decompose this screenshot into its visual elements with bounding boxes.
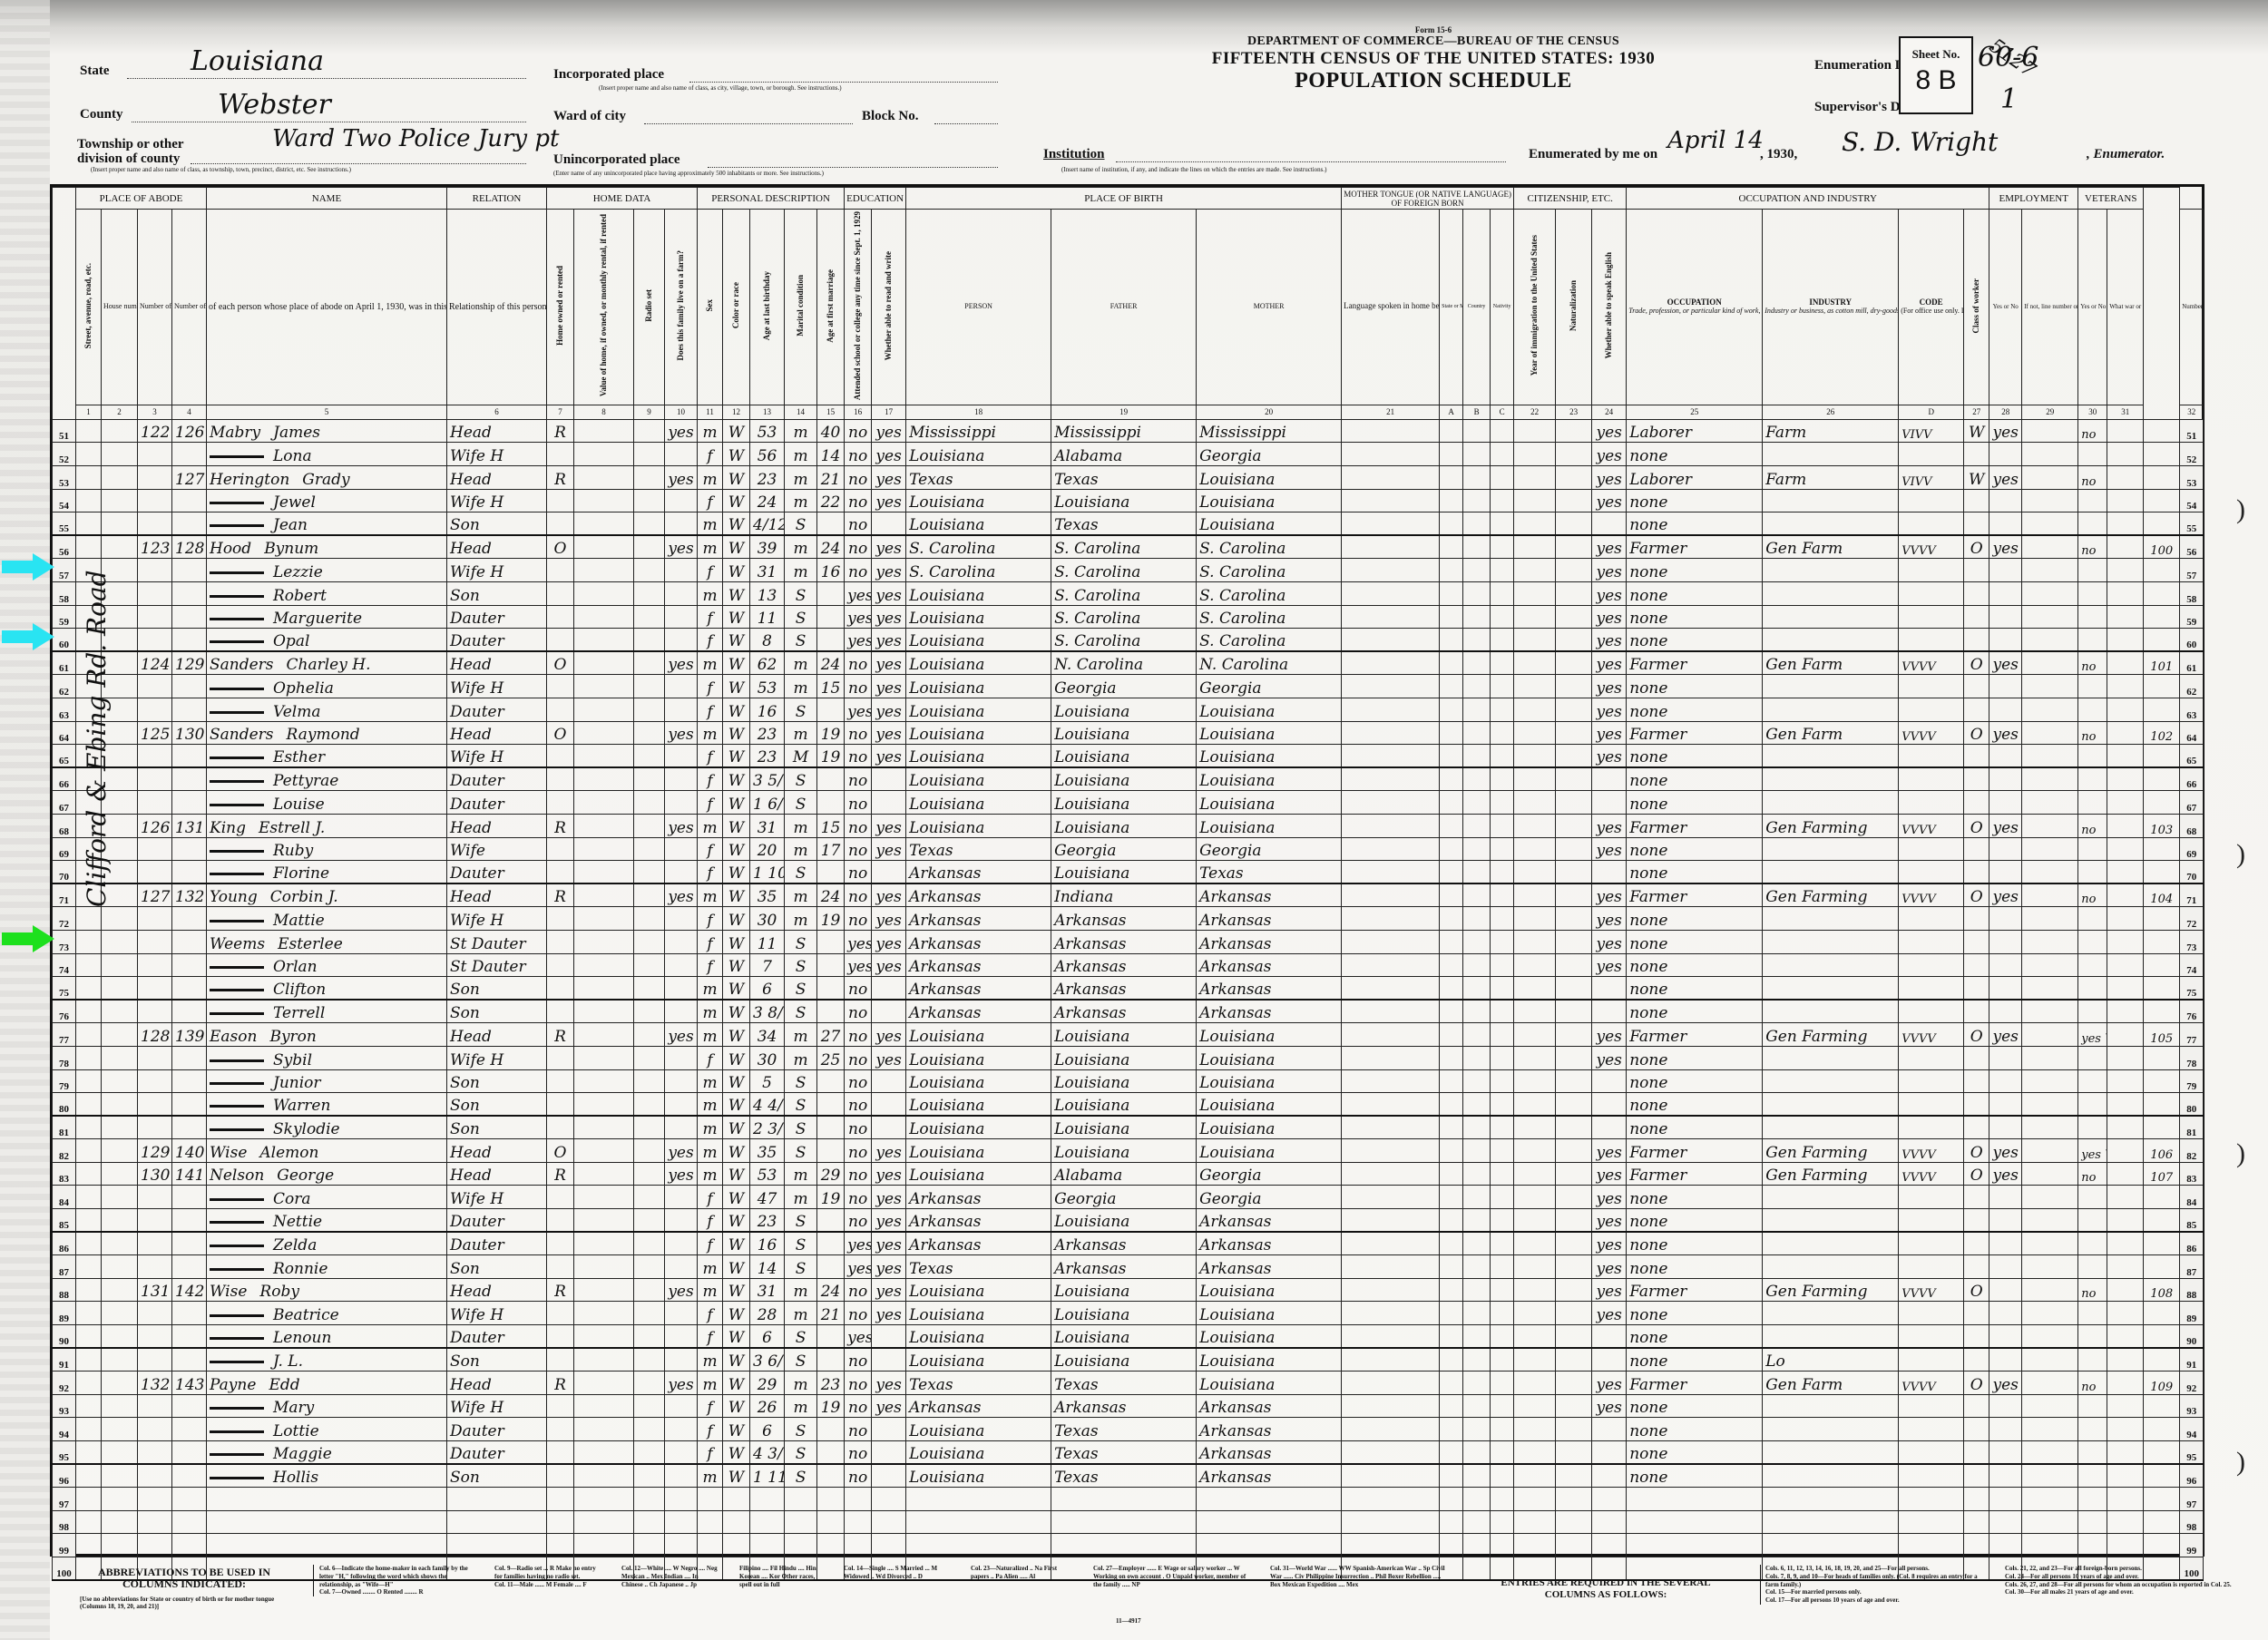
cell-school: yes (845, 629, 872, 652)
cell-age-marr (817, 629, 845, 652)
cell-work: yes (1989, 651, 2022, 675)
cell-immigration (1514, 1394, 1556, 1418)
cell-unemployment (2022, 419, 2078, 443)
line-number: 68 (53, 814, 76, 837)
col27-note: Col. 27—Employer ...... E Wage or salary… (1093, 1565, 1247, 1588)
cell-code-b (1463, 1325, 1491, 1349)
cell-birth: Louisiana (906, 1302, 1051, 1325)
cell-unemployment (2022, 582, 2078, 606)
right-line-number: 75 (2180, 977, 2204, 1001)
cell-class (1964, 1302, 1989, 1325)
group-place-of-birth: PLACE OF BIRTH (906, 188, 1342, 210)
cell-immigration (1514, 419, 1556, 443)
cell-mother: Louisiana (1197, 745, 1342, 768)
cell-school: no (845, 1139, 872, 1163)
cell-unemployment (2022, 1464, 2078, 1488)
cell-work (1989, 1464, 2022, 1488)
cell-school: yes (845, 953, 872, 977)
col12-note: Col. 12—White .... W Negro .... Neg Mexi… (621, 1565, 721, 1588)
cell-code-a (1440, 1255, 1463, 1279)
cell-mother: Louisiana (1197, 1023, 1342, 1047)
cell-war (2107, 814, 2144, 837)
cell-code-a (1440, 675, 1463, 698)
cell-dwelling (138, 791, 172, 815)
cell-school (845, 1510, 872, 1534)
cell-immigration (1514, 1116, 1556, 1139)
cell-code-a (1440, 1488, 1463, 1511)
cell-naturalization (1556, 1000, 1592, 1023)
cell-school: yes (845, 698, 872, 722)
col-2-header: House number (in cities or towns) (102, 210, 138, 405)
cell-sex (698, 1534, 723, 1557)
cell-language (1342, 1046, 1440, 1069)
cell-value (574, 1162, 634, 1186)
col9-note: Col. 9—Radio set ... R Make no entry for… (494, 1565, 603, 1581)
cell-work: yes (1989, 1372, 2022, 1395)
cell-code-a (1440, 1348, 1463, 1372)
cell-occupation: none (1627, 791, 1763, 815)
cell-dwelling: 123 (138, 535, 172, 559)
cell-code-c (1491, 1232, 1514, 1255)
surname: Nelson (210, 1167, 264, 1185)
cell-school: no (845, 419, 872, 443)
given-name: James (273, 424, 320, 442)
cell-unemployment (2022, 1139, 2078, 1163)
column-number: 9 (634, 405, 665, 419)
cell-code-c (1491, 582, 1514, 606)
institution-note: (Insert name of institution, if any, and… (1061, 166, 1327, 173)
req-6: Col. 24—For all persons 10 years of age … (2005, 1573, 2232, 1581)
cell-read (872, 1348, 906, 1372)
cell-farm-sched (2144, 698, 2180, 722)
cell-code (1899, 1348, 1964, 1372)
col-20-header: MOTHER (1197, 210, 1342, 405)
cell-read: yes (872, 466, 906, 490)
cell-value (574, 605, 634, 629)
cell-value (574, 1278, 634, 1302)
cell-language (1342, 466, 1440, 490)
cell-code (1899, 745, 1964, 768)
surname: Eason (210, 1028, 257, 1046)
cell-code-a (1440, 1278, 1463, 1302)
cell-farm (665, 1116, 698, 1139)
cell-sex: m (698, 1139, 723, 1163)
cell-work (1989, 489, 2022, 512)
entries-required-title: ENTRIES ARE REQUIRED IN THE SEVERAL COLU… (1479, 1577, 1733, 1600)
cell-value (574, 1232, 634, 1255)
cell-read: yes (872, 1046, 906, 1069)
cell-farm (665, 629, 698, 652)
cell-code-b (1463, 767, 1491, 791)
cell-school: no (845, 837, 872, 861)
cell-marital: S (785, 582, 817, 606)
cell-code-b (1463, 1418, 1491, 1441)
cell-immigration (1514, 1488, 1556, 1511)
cell-industry (1763, 1116, 1899, 1139)
census-row: 89BeatriceWife HfW28m21noyesLouisianaLou… (53, 1302, 2204, 1325)
cell-industry (1763, 791, 1899, 815)
ditto-dash (210, 1453, 264, 1456)
cell-unemployment (2022, 535, 2078, 559)
cell-unemployment (2022, 1418, 2078, 1441)
cell-language (1342, 1510, 1440, 1534)
cell-mother (1197, 1534, 1342, 1557)
cell-family (172, 629, 207, 652)
cell-age-marr (817, 1348, 845, 1372)
cell-age: 11 (750, 930, 785, 953)
cell-marital: m (785, 837, 817, 861)
cell-class (1964, 907, 1989, 931)
cell-english: yes (1592, 535, 1627, 559)
cell-read: yes (872, 907, 906, 931)
cell-owned (547, 1488, 574, 1511)
cell-age: 34 (750, 1023, 785, 1047)
right-line-number: 54 (2180, 489, 2204, 512)
cell-industry (1763, 1418, 1899, 1441)
cell-owned (547, 675, 574, 698)
cell-age-marr (817, 1488, 845, 1511)
cell-father: Arkansas (1051, 977, 1197, 1001)
cell-name: WiseAlemon (207, 1139, 447, 1163)
cell-code-a (1440, 1302, 1463, 1325)
column-number: 19 (1051, 405, 1197, 419)
column-number: 10 (665, 405, 698, 419)
cell-farm-sched (2144, 1186, 2180, 1209)
cell-code (1899, 907, 1964, 931)
cell-class (1964, 605, 1989, 629)
cell-name: Mattie (207, 907, 447, 931)
cell-code-a (1440, 1418, 1463, 1441)
cell-age: 4/12 (750, 512, 785, 536)
line-number: 79 (53, 1069, 76, 1093)
surname: Sanders (210, 656, 274, 674)
cell-farm-sched: 109 (2144, 1372, 2180, 1395)
cell-class (1964, 1534, 1989, 1557)
cell-industry (1763, 1325, 1899, 1349)
cell-sex: m (698, 1348, 723, 1372)
cell-work (1989, 1093, 2022, 1117)
cell-code (1899, 675, 1964, 698)
cell-radio (634, 582, 665, 606)
cell-unemployment (2022, 1302, 2078, 1325)
cell-english: yes (1592, 953, 1627, 977)
cell-read (872, 861, 906, 884)
right-line-number: 67 (2180, 791, 2204, 815)
cell-father: Arkansas (1051, 1255, 1197, 1279)
cell-war (2107, 1418, 2144, 1441)
cell-english: yes (1592, 1372, 1627, 1395)
cell-house (102, 953, 138, 977)
cell-occupation: none (1627, 698, 1763, 722)
cell-dwelling (138, 1000, 172, 1023)
cell-industry (1763, 930, 1899, 953)
schedule-title: POPULATION SCHEDULE (1125, 69, 1742, 93)
cell-farm-sched: 106 (2144, 1139, 2180, 1163)
column-number: 22 (1514, 405, 1556, 419)
cell-sex: f (698, 767, 723, 791)
ditto-dash (210, 502, 264, 504)
cell-age-marr (817, 1255, 845, 1279)
ditto-dash (210, 640, 264, 643)
right-line-number: 56 (2180, 535, 2204, 559)
cell-father: Louisiana (1051, 489, 1197, 512)
cell-value (574, 1348, 634, 1372)
census-row: 78SybilWife HfW30m25noyesLouisianaLouisi… (53, 1046, 2204, 1069)
cell-radio (634, 1162, 665, 1186)
cell-code-b (1463, 1255, 1491, 1279)
cell-mother: Louisiana (1197, 1325, 1342, 1349)
cell-read: yes (872, 883, 906, 907)
cell-language (1342, 814, 1440, 837)
given-name: Opal (273, 632, 309, 650)
surname: Hood (210, 540, 251, 558)
cell-age-marr: 15 (817, 675, 845, 698)
right-line-number: 55 (2180, 512, 2204, 536)
cell-marital: S (785, 930, 817, 953)
cell-race (723, 1510, 750, 1534)
cell-immigration (1514, 883, 1556, 907)
cell-school: no (845, 1278, 872, 1302)
cell-age: 31 (750, 814, 785, 837)
cell-language (1342, 582, 1440, 606)
cell-name: Lezzie (207, 559, 447, 582)
cell-house (102, 1116, 138, 1139)
col-1-header: Street, avenue, road, etc. (76, 210, 102, 405)
cell-age-marr (817, 1418, 845, 1441)
cell-birth: Louisiana (906, 582, 1051, 606)
cell-immigration (1514, 907, 1556, 931)
cell-code-b (1463, 489, 1491, 512)
cell-industry (1763, 512, 1899, 536)
cell-immigration (1514, 977, 1556, 1001)
cell-race: W (723, 1394, 750, 1418)
cell-work (1989, 1325, 2022, 1349)
cell-vet (2078, 745, 2107, 768)
surname: Weems (210, 935, 265, 953)
col31-note: Col. 31—World War ...... WW Spanish-Amer… (1270, 1565, 1452, 1588)
ditto-dash (210, 1128, 264, 1131)
cell-race: W (723, 1464, 750, 1488)
cell-code-c (1491, 1186, 1514, 1209)
group-education: EDUCATION (845, 188, 906, 210)
req-3: Col. 15—For married persons only. (1765, 1588, 1987, 1596)
cell-age-marr (817, 977, 845, 1001)
cell-war (2107, 837, 2144, 861)
cell-value (574, 466, 634, 490)
sheet-label: Sheet No. (1901, 47, 1971, 62)
cell-father: Louisiana (1051, 1069, 1197, 1093)
cell-relation: Head (447, 1372, 547, 1395)
cell-language (1342, 1162, 1440, 1186)
township-line (191, 163, 526, 164)
cell-class (1964, 582, 1989, 606)
surname: Sanders (210, 726, 274, 744)
side-mark-1: ) (2236, 494, 2245, 525)
cell-sex: f (698, 953, 723, 977)
cell-code-c (1491, 930, 1514, 953)
cell-school: no (845, 721, 872, 745)
cell-dwelling (138, 1534, 172, 1557)
cell-industry: Gen Farming (1763, 814, 1899, 837)
highlight-arrow-icon (2, 623, 54, 650)
cell-value (574, 953, 634, 977)
cell-naturalization (1556, 1116, 1592, 1139)
cell-age: 26 (750, 1394, 785, 1418)
line-number-header (53, 188, 76, 420)
cell-unemployment (2022, 1441, 2078, 1465)
cell-unemployment (2022, 629, 2078, 652)
cell-farm-sched (2144, 466, 2180, 490)
cell-occupation: none (1627, 605, 1763, 629)
cell-occupation: none (1627, 861, 1763, 884)
cell-code-c (1491, 651, 1514, 675)
cell-immigration (1514, 559, 1556, 582)
cell-class (1964, 559, 1989, 582)
cell-farm: yes (665, 651, 698, 675)
cell-read: yes (872, 814, 906, 837)
cell-age-marr: 19 (817, 721, 845, 745)
cell-race: W (723, 1116, 750, 1139)
cell-unemployment (2022, 466, 2078, 490)
group-employment: EMPLOYMENT (1989, 188, 2078, 210)
cell-immigration (1514, 1302, 1556, 1325)
cell-sex: m (698, 1278, 723, 1302)
cell-class (1964, 489, 1989, 512)
cell-radio (634, 535, 665, 559)
cell-school: no (845, 512, 872, 536)
cell-code-c (1491, 814, 1514, 837)
cell-value (574, 977, 634, 1001)
cell-age-marr: 24 (817, 1278, 845, 1302)
county-label: County (80, 107, 123, 122)
cell-relation: Head (447, 814, 547, 837)
cell-name: Esther (207, 745, 447, 768)
line-number: 83 (53, 1162, 76, 1186)
right-line-number: 87 (2180, 1255, 2204, 1279)
cell-language (1342, 1372, 1440, 1395)
cell-immigration (1514, 1023, 1556, 1047)
cell-read: yes (872, 1232, 906, 1255)
cell-immigration (1514, 1348, 1556, 1372)
cell-age: 3 5/12 (750, 767, 785, 791)
cell-war (2107, 489, 2144, 512)
cell-house (102, 1464, 138, 1488)
incorporated-field: Incorporated place (553, 67, 664, 83)
cell-code-b (1463, 629, 1491, 652)
cell-radio (634, 1534, 665, 1557)
cell-language (1342, 1534, 1440, 1557)
cell-unemployment (2022, 721, 2078, 745)
cell-mother: Louisiana (1197, 1093, 1342, 1117)
col-21-header: Language spoken in home before coming to… (1342, 210, 1440, 405)
cell-immigration (1514, 1325, 1556, 1349)
cell-code (1899, 1186, 1964, 1209)
given-name: Robert (273, 587, 327, 605)
column-number: 26 (1763, 405, 1899, 419)
cell-age-marr: 17 (817, 837, 845, 861)
cell-age-marr (817, 1116, 845, 1139)
cell-relation: Head (447, 419, 547, 443)
cell-immigration (1514, 605, 1556, 629)
cell-war (2107, 1139, 2144, 1163)
cell-value (574, 907, 634, 931)
cell-race: W (723, 814, 750, 837)
cell-naturalization (1556, 1186, 1592, 1209)
cell-vet (2078, 1441, 2107, 1465)
given-name: Bynum (264, 540, 318, 558)
cell-birth (906, 1534, 1051, 1557)
cell-industry: Gen Farming (1763, 883, 1899, 907)
cell-race: W (723, 466, 750, 490)
cell-sex: m (698, 1255, 723, 1279)
group-relation: RELATION (447, 188, 547, 210)
census-row: 75CliftonSonmW6SnoArkansasArkansasArkans… (53, 977, 2204, 1001)
cell-occupation (1627, 1534, 1763, 1557)
right-line-number: 70 (2180, 861, 2204, 884)
cell-relation: Son (447, 1255, 547, 1279)
line-number: 93 (53, 1394, 76, 1418)
cell-read: yes (872, 419, 906, 443)
cell-industry (1763, 1069, 1899, 1093)
cell-marital: S (785, 977, 817, 1001)
cell-family: 128 (172, 535, 207, 559)
cell-code-b (1463, 907, 1491, 931)
census-row: 53127HeringtonGradyHeadRyesmW23m21noyesT… (53, 466, 2204, 490)
cell-sex (698, 1510, 723, 1534)
cell-vet (2078, 791, 2107, 815)
cell-family (172, 1000, 207, 1023)
cell-birth: Louisiana (906, 1139, 1051, 1163)
cell-work (1989, 1302, 2022, 1325)
cell-read: yes (872, 489, 906, 512)
cell-school: no (845, 1209, 872, 1233)
cell-sex: f (698, 907, 723, 931)
cell-relation: St Dauter (447, 930, 547, 953)
cell-school: no (845, 443, 872, 466)
right-line-number: 98 (2180, 1510, 2204, 1534)
cell-school: no (845, 1093, 872, 1117)
col-5-header: of each person whose place of abode on A… (207, 210, 447, 405)
cell-owned (547, 698, 574, 722)
given-name: Warren (273, 1097, 330, 1115)
cell-owned (547, 559, 574, 582)
cell-code-b (1463, 466, 1491, 490)
cell-family (172, 1464, 207, 1488)
cell-age: 39 (750, 535, 785, 559)
cell-name: Warren (207, 1093, 447, 1117)
cell-industry (1763, 1186, 1899, 1209)
cell-code (1899, 953, 1964, 977)
cell-street (76, 535, 102, 559)
cell-english (1592, 1418, 1627, 1441)
cell-family (172, 1069, 207, 1093)
census-row: 84CoraWife HfW47m19noyesArkansasGeorgiaG… (53, 1186, 2204, 1209)
cell-immigration (1514, 629, 1556, 652)
cell-house (102, 535, 138, 559)
cell-school (845, 1488, 872, 1511)
cell-birth: Louisiana (906, 1162, 1051, 1186)
cell-occupation: Farmer (1627, 535, 1763, 559)
cell-english: yes (1592, 1209, 1627, 1233)
cell-age: 24 (750, 489, 785, 512)
cell-code-c (1491, 1000, 1514, 1023)
cell-owned: R (547, 1372, 574, 1395)
cell-farm-sched: 105 (2144, 1023, 2180, 1047)
cell-father: S. Carolina (1051, 559, 1197, 582)
cell-name: HeringtonGrady (207, 466, 447, 490)
cell-age-marr: 24 (817, 651, 845, 675)
cell-industry: Gen Farming (1763, 1023, 1899, 1047)
